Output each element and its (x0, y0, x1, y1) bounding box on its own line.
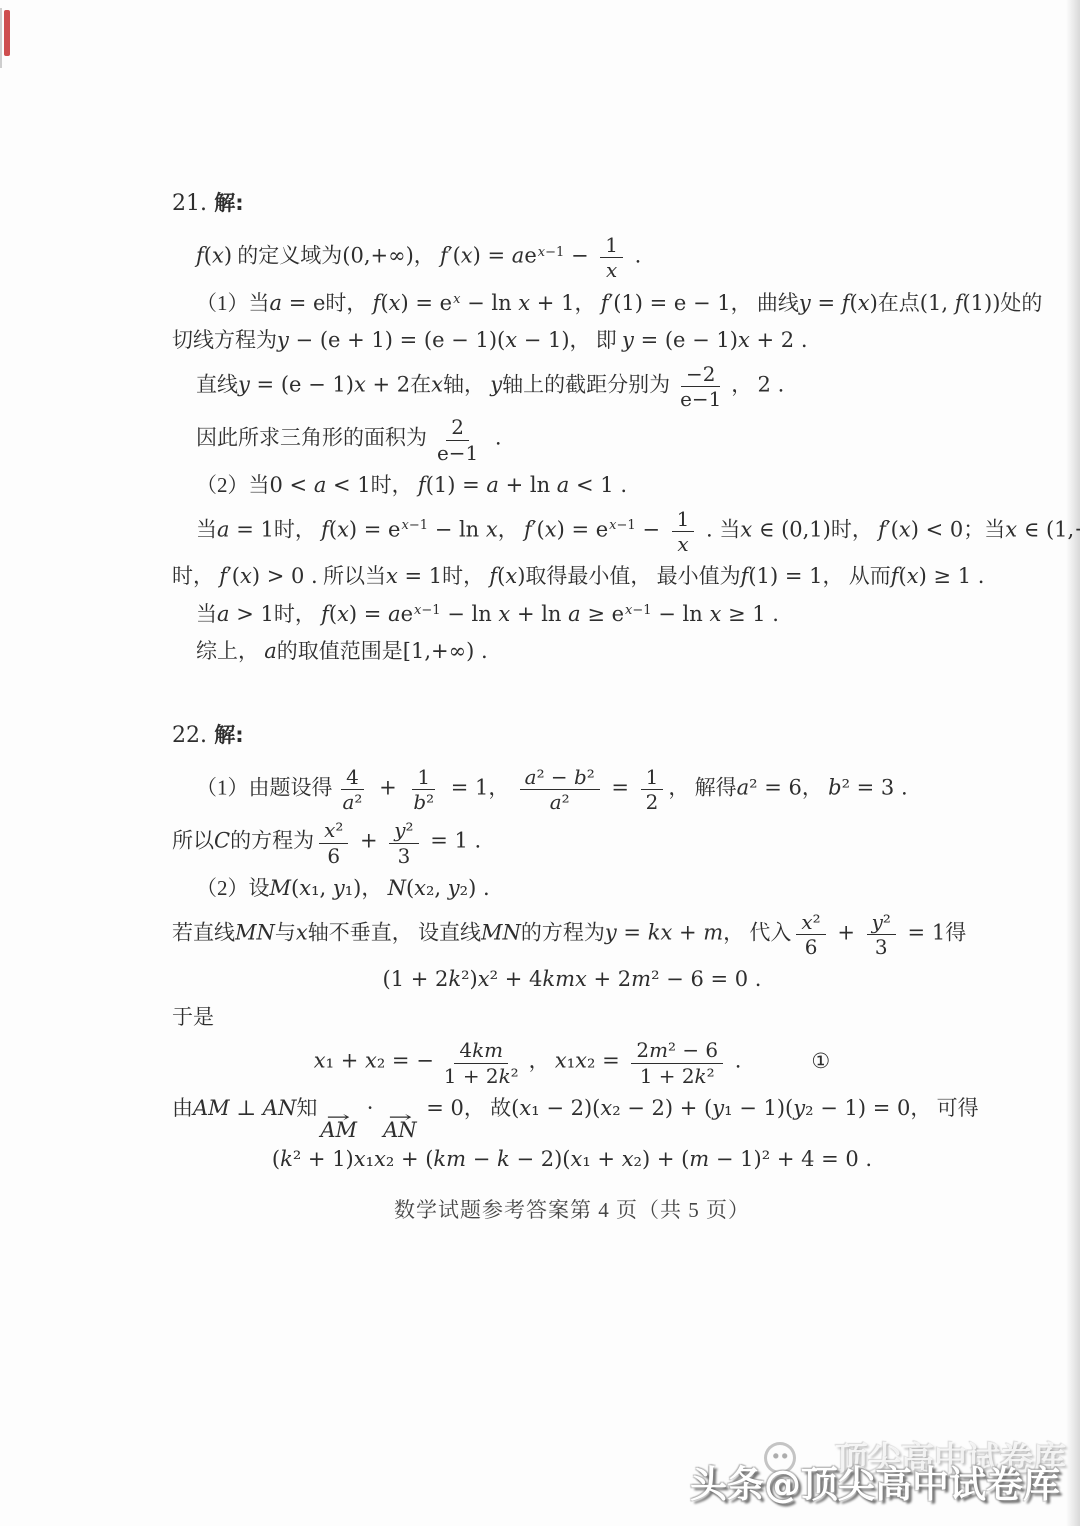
text-run: 轴不垂直， 设直线 (308, 920, 481, 944)
text-run: ， (414, 244, 440, 268)
solution-line: 时， f′(x) > 0 . 所以当x = 1时， f(x)取得最小值， 最小值… (172, 561, 972, 593)
solution-line: (k² + 1)x₁x₂ + (km − k − 2)(x₁ + x₂) + (… (172, 1144, 972, 1176)
text-run: （1）当 (196, 291, 270, 315)
text-run: 切线方程为 (172, 328, 277, 352)
fraction: 4a² (338, 766, 368, 814)
text-run: ， (529, 1049, 555, 1073)
superscript: x−1 (402, 518, 429, 533)
math-run: N(x₂, y₂) . (388, 876, 490, 900)
fraction-denominator: e−1 (432, 441, 483, 464)
text-run: 的方程为 (521, 920, 605, 944)
solution-line: 因此所求三角形的面积为2e−1 . (172, 416, 972, 464)
fraction: y²3 (389, 819, 418, 867)
fraction-denominator: 6 (800, 935, 823, 958)
red-scan-mark (4, 10, 10, 56)
math-run: + (372, 775, 403, 799)
vector: →AM (320, 1112, 357, 1138)
solution-line: (1 + 2k²)x² + 4kmx + 2m² − 6 = 0 . (172, 964, 972, 996)
superscript: x−1 (414, 603, 441, 618)
fraction-denominator: b² (408, 790, 439, 813)
fraction: x²6 (796, 911, 825, 959)
fraction-numerator: x² (796, 911, 825, 935)
math-run: x (296, 920, 308, 944)
watermark-text: 头条@顶尖高中试卷库 (690, 1454, 1060, 1508)
fraction: 2m² − 61 + 2k² (631, 1039, 723, 1087)
math-run: (k² + 1)x₁x₂ + (km − k − 2)(x₁ + x₂) + (… (272, 1147, 872, 1171)
text-run: 知 (296, 1096, 317, 1120)
math-run: x ∈ (0,1) (740, 517, 831, 541)
math-run: AM ⊥ AN (193, 1096, 296, 1120)
fraction-numerator: a² − b² (520, 766, 600, 790)
text-run: （2）设 (196, 876, 270, 900)
solution-line: （1）由题设得4a² + 1b² = 1， a² − b²a² = 12， 解得… (172, 766, 972, 814)
text-run: 轴上的截距分别为 (502, 372, 670, 396)
math-run: 22. (172, 723, 207, 748)
text-run: 所以当 (318, 564, 386, 588)
fraction-denominator: a² (545, 790, 575, 813)
math-run: . (699, 517, 719, 541)
text-run: 时， (274, 602, 321, 626)
fraction: 1x (600, 234, 623, 282)
math-run: f(1) = 1 (741, 564, 823, 588)
math-run: − ln x + 1 (460, 291, 574, 315)
fraction: 2e−1 (432, 416, 483, 464)
math-run: (1, f(1)) (920, 291, 1001, 315)
text-run: 所以 (172, 829, 214, 853)
math-run: = 1 . (424, 829, 482, 853)
math-run: a (264, 639, 277, 663)
text-run: 直线 (196, 372, 238, 396)
text-run: ， 曲线 (731, 291, 799, 315)
text-run: 时， (442, 564, 489, 588)
math-run: a > 1 (217, 602, 274, 626)
text-run: 当 (196, 602, 217, 626)
solution-line: 综上， a的取值范围是[1,+∞) . (172, 636, 972, 668)
fraction-denominator: 3 (870, 935, 893, 958)
text-run: 取得最小值， 最小值为 (525, 564, 740, 588)
math-run: y = (e − 1)x + 2 (238, 372, 410, 396)
fraction: x²6 (319, 819, 348, 867)
math-run: a² = 6 (737, 775, 802, 799)
text-run: 当 (196, 517, 217, 541)
text-run: 由 (172, 1096, 193, 1120)
fraction-denominator: 6 (322, 844, 345, 867)
fraction-numerator: 1 (672, 508, 695, 532)
fraction-numerator: 1 (641, 766, 664, 790)
math-run: = 0 (420, 1096, 464, 1120)
math-run: f′(x) = ae (440, 244, 537, 268)
solution-line: 切线方程为y − (e + 1) = (e − 1)(x − 1)， 即 y =… (172, 325, 972, 357)
text-run: ；当 (963, 517, 1005, 541)
text-run: ， (574, 291, 600, 315)
fraction-denominator: 2 (641, 790, 664, 813)
solution-line: f(x) 的定义域为(0,+∞)， f′(x) = aex−1 − 1x . (172, 234, 972, 282)
text-run: 得 (945, 920, 966, 944)
text-run: ， 故 (464, 1096, 511, 1120)
text-run: ， (488, 775, 514, 799)
text-run: 的方程为 (230, 829, 314, 853)
vector-arrow-icon: → (388, 1112, 412, 1123)
math-run: C (214, 829, 230, 853)
solution-line: 若直线MN与x轴不垂直， 设直线MN的方程为y = kx + m， 代入x²6 … (172, 911, 972, 959)
math-run: f(x) ≥ 1 (891, 564, 971, 588)
text-run: 在点 (878, 291, 920, 315)
math-run: f(x) = ae (321, 602, 413, 626)
solution-line: （2）设M(x₁, y₁)， N(x₂, y₂) . (172, 873, 972, 905)
bold-label: 解: (207, 723, 244, 747)
math-run: 0 < a < 1 (270, 473, 371, 497)
math-run: MN (481, 920, 521, 944)
fraction-numerator: y² (389, 819, 418, 843)
problem-21-heading: 21. 解: (172, 186, 972, 220)
fraction-numerator: 1 (600, 234, 623, 258)
text-run: ， (361, 876, 387, 900)
math-run: − (564, 244, 595, 268)
text-run: 与 (275, 920, 296, 944)
fraction-denominator: e−1 (675, 387, 726, 410)
fraction-denominator: x (672, 532, 693, 555)
math-run: . (614, 473, 627, 497)
fraction-numerator: y² (867, 911, 896, 935)
math-run: · (360, 1096, 380, 1120)
math-run: f(x) = e (373, 291, 452, 315)
solution-line: 直线y = (e − 1)x + 2在x轴， y轴上的截距分别为−2e−1， 2… (172, 363, 972, 411)
page-footer: 数学试题参考答案第 4 页（共 5 页） (172, 1195, 972, 1227)
fraction: −2e−1 (675, 363, 726, 411)
math-run: [1,+∞) (403, 639, 475, 663)
math-run: − ln x (428, 517, 498, 541)
math-run: − ln x + ln a ≥ e (441, 602, 625, 626)
math-run: 2 . (758, 372, 785, 396)
math-run: f(1) = a + ln a < 1 (418, 473, 614, 497)
solution-line: 于是 (172, 1002, 972, 1034)
fraction-denominator: x (601, 258, 622, 281)
math-run: x = 1 (386, 564, 442, 588)
fraction-numerator: 2 (446, 416, 469, 440)
math-run: f′(x) < 0 (878, 517, 963, 541)
math-run: b² = 3 . (828, 775, 908, 799)
fraction-numerator: −2 (681, 363, 720, 387)
solution-line: （1）当a = e时， f(x) = ex − ln x + 1， f′(1) … (172, 288, 972, 320)
math-run: (x₁ − 2)(x₂ − 2) + (y₁ − 1)(y₂ − 1) = 0 (511, 1096, 910, 1120)
superscript: x−1 (538, 245, 565, 260)
superscript: x−1 (625, 603, 652, 618)
text-run: ， 解得 (668, 775, 736, 799)
text-run: ， (802, 775, 828, 799)
text-run: 综上， (196, 639, 264, 663)
fraction: a² − b²a² (520, 766, 600, 814)
text-run: 时， (172, 564, 219, 588)
math-run: . (474, 639, 487, 663)
math-run: f′(x) > 0 . (219, 564, 317, 588)
math-run: 21. (172, 191, 207, 216)
watermark: 顶尖高中试卷库 头条@顶尖高中试卷库 (706, 1416, 1066, 1520)
text-run: 于是 (172, 1005, 214, 1029)
math-run: = 1 (444, 775, 488, 799)
text-run: 时， (274, 517, 321, 541)
text-run: （2）当 (196, 473, 270, 497)
math-run: x₁x₂ = (555, 1049, 626, 1073)
math-run: f′(1) = e − 1 (601, 291, 731, 315)
math-run: x₁ + x₂ = − (314, 1049, 434, 1073)
vector-arrow-icon: → (327, 1112, 351, 1123)
fraction: 1b² (408, 766, 439, 814)
text-run: 时， (831, 517, 878, 541)
superscript: x−1 (609, 518, 636, 533)
math-run: f′(x) = e (524, 517, 608, 541)
math-run: M(x₁, y₁) (270, 876, 362, 900)
fraction-numerator: 2m² − 6 (631, 1039, 723, 1063)
bold-label: 解: (207, 191, 244, 215)
solution-content: 21. 解:f(x) 的定义域为(0,+∞)， f′(x) = aex−1 − … (172, 184, 972, 1233)
fraction-numerator: 1 (412, 766, 435, 790)
solution-line: （2）当0 < a < 1时， f(1) = a + ln a < 1 . (172, 470, 972, 502)
text-run: 在 (410, 372, 431, 396)
math-run: MN (235, 920, 275, 944)
math-run: y = kx + m (605, 920, 723, 944)
scan-left-edge-line (0, 8, 2, 68)
math-run: . (728, 1049, 741, 1073)
math-run: y = (e − 1)x + 2 (622, 328, 794, 352)
math-run: + (353, 829, 384, 853)
math-run: = 1 (901, 920, 945, 944)
math-run: . (971, 564, 984, 588)
text-run: 时， (325, 291, 372, 315)
problem-22-heading: 22. 解: (172, 718, 972, 752)
math-run: y = f(x) (799, 291, 878, 315)
math-run: (0,+∞) (342, 244, 414, 268)
math-run: . (628, 244, 641, 268)
fraction-numerator: 4 (341, 766, 364, 790)
solution-line: 当a = 1时， f(x) = ex−1 − ln x， f′(x) = ex−… (172, 508, 972, 556)
text-run: ， (498, 517, 524, 541)
math-run: a = e (270, 291, 326, 315)
fraction: 4km1 + 2k² (439, 1039, 524, 1087)
fraction: y²3 (867, 911, 896, 959)
math-run: x ∈ (1,+∞) (1005, 517, 1080, 541)
solution-line: 由AM ⊥ AN知→AM · →AN = 0， 故(x₁ − 2)(x₂ − 2… (172, 1093, 972, 1138)
math-run: y − (e + 1) = (e − 1)(x − 1) (277, 328, 570, 352)
vector: →AN (383, 1112, 417, 1138)
text-run: ， (731, 372, 757, 396)
text-run: 的定义域为 (232, 244, 342, 268)
math-run: − ln x ≥ 1 . (652, 602, 779, 626)
text-run: 的取值范围是 (277, 639, 403, 663)
fraction: 1x (672, 508, 695, 556)
math-run: f(x) (196, 244, 232, 268)
fraction-denominator: 1 + 2k² (439, 1064, 524, 1087)
math-run: = (605, 775, 636, 799)
fraction: 12 (641, 766, 664, 814)
math-run: (1 + 2k²)x² + 4kmx + 2m² − 6 = 0 . (383, 967, 762, 991)
fraction-denominator: 3 (393, 844, 416, 867)
text-run: 轴， (443, 372, 490, 396)
solution-line: x₁ + x₂ = −4km1 + 2k²， x₁x₂ = 2m² − 61 +… (172, 1039, 972, 1087)
math-run: f(x) (489, 564, 525, 588)
fraction-denominator: a² (338, 790, 368, 813)
math-run: + (831, 920, 862, 944)
text-run: ， 即 (570, 328, 623, 352)
fraction-numerator: 4km (454, 1039, 508, 1063)
solution-line: 所以C的方程为x²6 + y²3 = 1 . (172, 819, 972, 867)
equation-number: ① (811, 1049, 830, 1073)
text-run: ， 可得 (910, 1096, 978, 1120)
scan-right-edge-shadow (1066, 0, 1080, 1526)
text-run: 若直线 (172, 920, 235, 944)
text-run: （1）由题设得 (196, 775, 333, 799)
text-run: 当 (719, 517, 740, 541)
text-run: 因此所求三角形的面积为 (196, 426, 427, 450)
fraction-denominator: 1 + 2k² (635, 1064, 720, 1087)
fraction-numerator: x² (319, 819, 348, 843)
math-run: . (488, 426, 501, 450)
math-run: f(x) = e (321, 517, 400, 541)
text-run: 时， (371, 473, 418, 497)
text-run: ， 代入 (723, 920, 791, 944)
math-run: a = 1 (217, 517, 274, 541)
math-run: − (636, 517, 667, 541)
solution-line: 当a > 1时， f(x) = aex−1 − ln x + ln a ≥ ex… (172, 599, 972, 631)
math-run: x (431, 372, 443, 396)
math-run: . (794, 328, 807, 352)
math-run: y (490, 372, 502, 396)
text-run: 处的 (1000, 291, 1042, 315)
text-run: ， 从而 (822, 564, 890, 588)
